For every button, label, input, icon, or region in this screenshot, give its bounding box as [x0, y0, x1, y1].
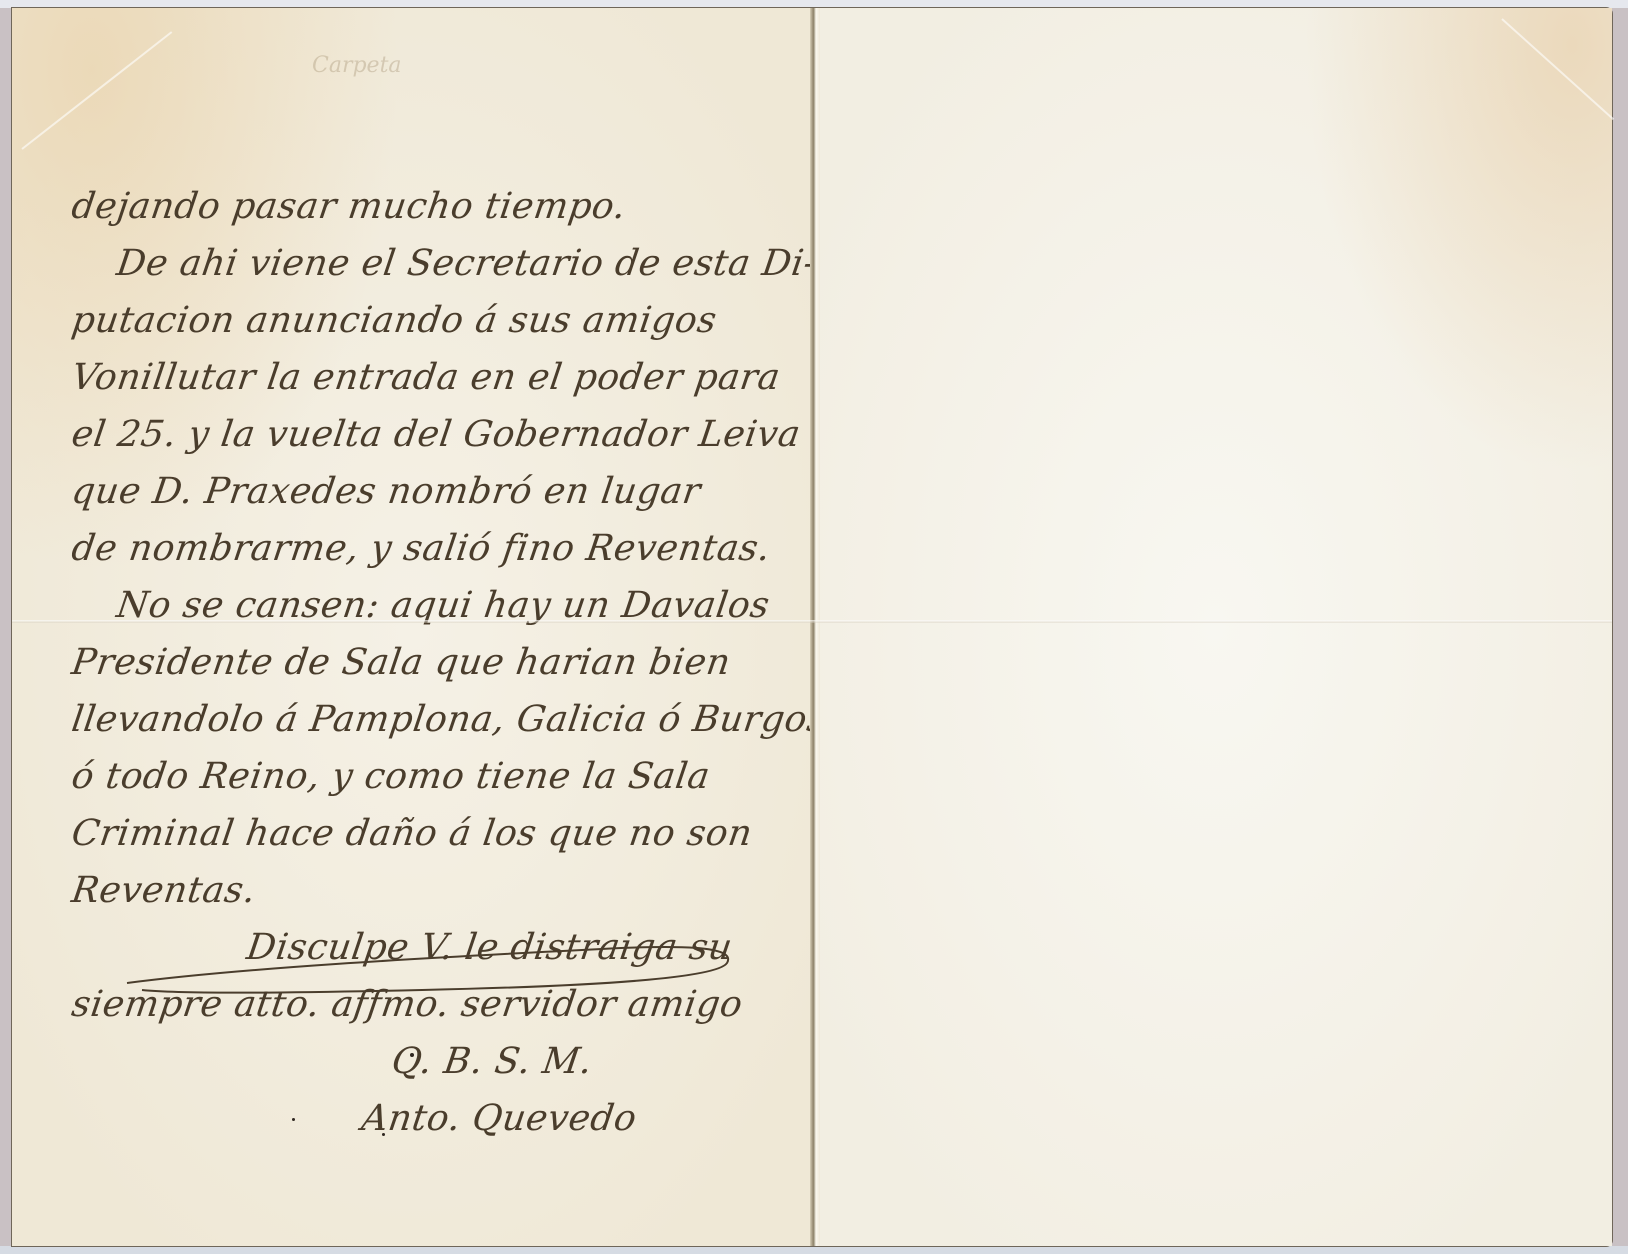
scanner-top-edge: [0, 0, 1628, 8]
letter-line: el 25. y la vuelta del Gobernador Leiva: [68, 406, 796, 463]
letter-line: De ahi viene el Secretario de esta Di-: [68, 235, 796, 292]
center-fold: [810, 8, 820, 1246]
ink-speck: [410, 1053, 414, 1057]
faint-header-text: Carpeta: [312, 53, 402, 78]
ink-speck: [292, 1118, 295, 1121]
horizontal-fold: [12, 620, 1612, 623]
signature-flourish: [122, 928, 742, 998]
letter-body: dejando pasar mucho tiempo. De ahi viene…: [72, 178, 792, 1147]
letter-line: Reventas.: [68, 862, 796, 919]
letter-line: llevandolo á Pamplona, Galicia ó Burgos: [68, 691, 796, 748]
letter-line: Vonillutar la entrada en el poder para: [68, 349, 796, 406]
letter-line: ó todo Reino, y como tiene la Sala: [68, 748, 796, 805]
signature: Anto. Quevedo: [68, 1090, 796, 1147]
letter-line: putacion anunciando á sus amigos: [68, 292, 796, 349]
letter-line: Presidente de Sala que harian bien: [68, 634, 796, 691]
letter-line: dejando pasar mucho tiempo.: [68, 178, 796, 235]
letter-sheet: Carpeta dejando pasar mucho tiempo. De a…: [12, 8, 1612, 1246]
left-page: Carpeta dejando pasar mucho tiempo. De a…: [12, 8, 812, 1246]
right-page: [818, 8, 1612, 1246]
scan-backdrop: Carpeta dejando pasar mucho tiempo. De a…: [0, 0, 1628, 1254]
ink-speck: [382, 1133, 385, 1136]
scanner-bottom-edge: [0, 1246, 1628, 1254]
closing-line: Q. B. S. M.: [68, 1033, 796, 1090]
letter-line: Criminal hace daño á los que no son: [68, 805, 796, 862]
letter-line: de nombrarme, y salió fino Reventas.: [68, 520, 796, 577]
letter-line: que D. Praxedes nombró en lugar: [68, 463, 796, 520]
letter-line: No se cansen: aqui hay un Davalos: [68, 577, 796, 634]
